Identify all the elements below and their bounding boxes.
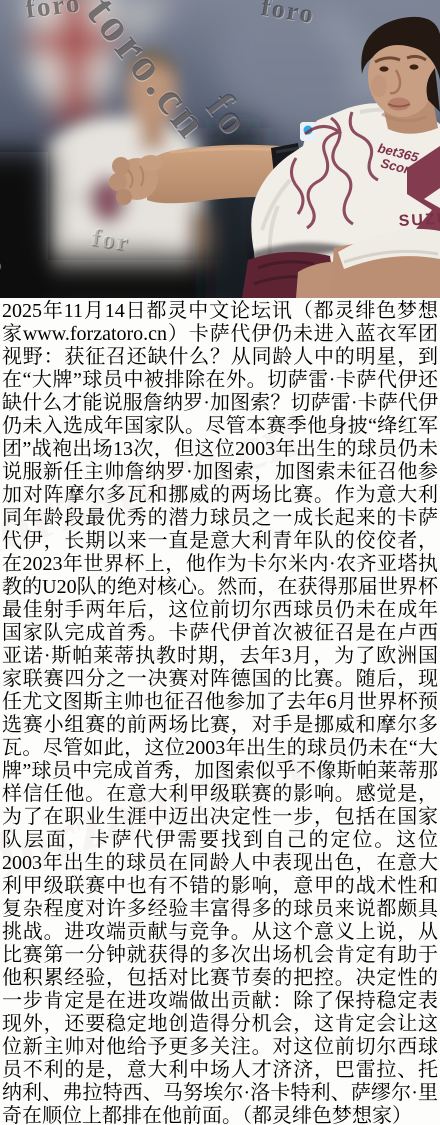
suzuki-sponsor-text: SUZU bbox=[398, 210, 440, 230]
article-section: forzatoro.cn forzatoro.cn 2025年11月14日都灵中… bbox=[0, 298, 440, 1125]
article-photo: bet365 Scor SUZU bbox=[0, 0, 440, 298]
page: bet365 Scor SUZU bbox=[0, 0, 440, 1125]
photo-scene: bet365 Scor SUZU bbox=[0, 0, 440, 298]
article-body-text: 2025年11月14日都灵中文论坛讯（都灵绯色梦想家www.forzatoro.… bbox=[0, 298, 440, 1125]
